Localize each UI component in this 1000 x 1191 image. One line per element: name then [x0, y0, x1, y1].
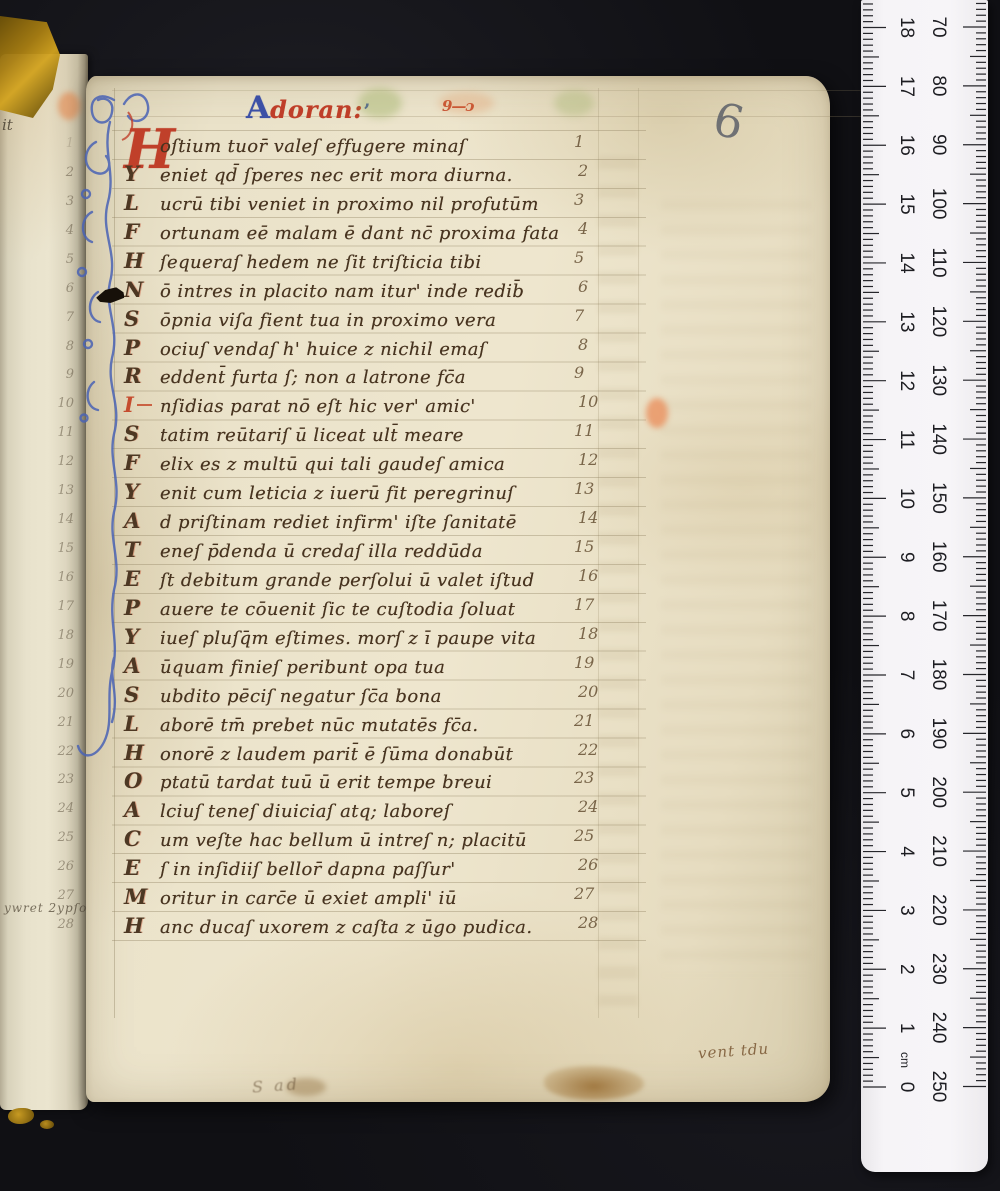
svg-text:190: 190 — [928, 717, 949, 749]
verse-line: Felix es z multū qui tali gaudeſ amica12 — [124, 450, 624, 479]
verse-line: Hoſtium tuor̄ valeſ effugere minaſ1 — [124, 132, 624, 161]
previous-page-number: 1 — [40, 136, 74, 151]
svg-text:160: 160 — [928, 541, 949, 573]
verse-text: d priſtinam rediet infirm' iſte ſanitatē — [160, 512, 517, 533]
verse-line: Alciuſ teneſ diuiciaſ atq; laboreſ24 — [124, 797, 624, 826]
verse-line: Optatū tardat tuū ū erit tempe breui23 — [124, 768, 624, 797]
svg-text:18: 18 — [896, 17, 917, 38]
verse-number: 20 — [574, 682, 622, 701]
svg-text:230: 230 — [928, 953, 949, 985]
verse-initial: P — [124, 595, 160, 620]
previous-page-number: 28 — [40, 917, 74, 932]
verse-initial: C — [124, 826, 160, 851]
verse-text: ptatū tardat tuū ū erit tempe breui — [160, 772, 492, 793]
verse-initial: T — [124, 537, 160, 562]
svg-text:140: 140 — [928, 423, 949, 455]
verse-number: 22 — [574, 740, 622, 759]
verse-line: Yeniet qd̄ ſperes nec erit mora diurna.2 — [124, 161, 624, 190]
verse-number: 12 — [574, 450, 622, 469]
verse-text: ſ in inſidiiſ bellor̄ dapna paſſur' — [160, 859, 456, 880]
measuring-ruler: 1817161514131211109876543210cm7080901001… — [861, 0, 988, 1172]
verse-initial: R — [124, 363, 160, 388]
verse-text: ō intres in placito nam itur' inde redib… — [160, 281, 524, 302]
previous-page-number: 8 — [40, 339, 74, 354]
vertical-ruling — [114, 88, 115, 1018]
verse-line: Pociuſ vendaſ h' huice z nichil emaſ8 — [124, 335, 624, 364]
page-heading: Adoran:’ — [246, 90, 370, 124]
svg-text:7: 7 — [896, 670, 917, 681]
verse-initial: F — [124, 450, 160, 475]
paraph-mark: 9—ɔ — [442, 97, 474, 115]
verse-text: oritur in carc̄e ū exiet ampli' iū — [160, 888, 457, 909]
previous-page-number: 22 — [40, 744, 74, 759]
faded-inscription-bottom-center: S ad — [251, 1074, 300, 1096]
verse-initial: N — [124, 277, 160, 302]
svg-text:0: 0 — [896, 1082, 917, 1093]
verse-text: anc ducaſ uxorem z caſta z ūgo pudica. — [160, 917, 532, 938]
verse-number: 9 — [574, 363, 618, 382]
svg-text:14: 14 — [896, 252, 917, 274]
verse-number: 27 — [574, 884, 618, 903]
verse-line: Sōpnia viſa fient tua in proximo vera7 — [124, 306, 624, 335]
svg-text:2: 2 — [896, 964, 917, 975]
previous-page-number: 5 — [40, 252, 74, 267]
previous-page-number: 7 — [40, 310, 74, 325]
verse-initial: S — [124, 682, 160, 707]
verse-text: elix es z multū qui tali gaudeſ amica — [160, 454, 505, 475]
verse-line: Yiueſ pluſq̄m eſtimes. morſ z ī paupe vi… — [124, 624, 624, 653]
svg-text:13: 13 — [896, 311, 917, 332]
verse-text: enit cum leticia z iuerū fit peregrinuſ — [160, 483, 514, 504]
verse-line: Hſequeraſ hedem ne ſit triſticia tibi5 — [124, 248, 624, 277]
gold-debris — [40, 1120, 54, 1129]
verse-line: Nō intres in placito nam itur' inde redi… — [124, 277, 624, 306]
verse-line: Teneſ p̄denda ū credaſ illa reddūda15 — [124, 537, 624, 566]
previous-page-number: 26 — [40, 859, 74, 874]
svg-text:130: 130 — [928, 364, 949, 396]
verse-text: auere te cōuenit ſic te cuſtodia ſoluat — [160, 599, 515, 620]
previous-page-number: 17 — [40, 599, 74, 614]
svg-text:6: 6 — [896, 729, 917, 740]
svg-text:110: 110 — [928, 247, 949, 277]
verse-line: Subdito pēciſ negatur ſc̄a bona20 — [124, 682, 624, 711]
svg-text:170: 170 — [928, 600, 949, 632]
verse-initial: A — [124, 508, 160, 533]
verse-number: 15 — [574, 537, 618, 556]
verse-number: 25 — [574, 826, 618, 845]
previous-page-number: 16 — [40, 570, 74, 585]
svg-text:16: 16 — [896, 135, 917, 156]
svg-text:220: 220 — [928, 894, 949, 926]
manuscript-page: Adoran:’ 9—ɔ 6 Hoſtium tuor̄ valeſ effug… — [86, 76, 830, 1102]
previous-page-number: 27 — [40, 888, 74, 903]
verse-initial: O — [124, 768, 160, 793]
verse-number: 5 — [574, 248, 618, 267]
previous-page-number: 23 — [40, 772, 74, 787]
verse-line: Yenit cum leticia z iuerū fit peregrinuſ… — [124, 479, 624, 508]
verse-line: Eſt debitum grande perſolui ū valet iſtu… — [124, 566, 624, 595]
previous-page-number: 21 — [40, 715, 74, 730]
svg-text:10: 10 — [896, 488, 917, 509]
verse-text: eniet qd̄ ſperes nec erit mora diurna. — [160, 165, 513, 186]
verse-text: tatim reūtariſ ū liceat ult̄ meare — [160, 425, 464, 446]
previous-page-number: 20 — [40, 686, 74, 701]
verse-initial: L — [124, 711, 160, 736]
heading-title: doran: — [270, 95, 363, 124]
svg-text:cm: cm — [898, 1052, 912, 1068]
svg-text:100: 100 — [928, 188, 949, 220]
svg-text:200: 200 — [928, 776, 949, 808]
previous-page-number: 24 — [40, 801, 74, 816]
verse-initial: E — [124, 566, 160, 591]
verse-line: Fortunam eē malam ē dant nc̄ proxima fat… — [124, 219, 624, 248]
verse-text: iueſ pluſq̄m eſtimes. morſ z ī paupe vit… — [160, 628, 536, 649]
verse-text: ucrū tibi veniet in proximo nil profutūm — [160, 194, 539, 215]
verse-initial: Y — [124, 161, 160, 186]
verse-initial: S — [124, 306, 160, 331]
verse-number: 19 — [574, 653, 618, 672]
verse-number: 16 — [574, 566, 622, 585]
vertical-ruling — [638, 88, 639, 1018]
folio-number: 6 — [708, 91, 749, 150]
previous-page-number: 9 — [40, 367, 74, 382]
previous-page-number: 3 — [40, 194, 74, 209]
verse-line: Ad priſtinam rediet infirm' iſte ſanitat… — [124, 508, 624, 537]
verse-initial: A — [124, 653, 160, 678]
svg-text:70: 70 — [928, 16, 949, 37]
previous-page-number: 18 — [40, 628, 74, 643]
svg-text:8: 8 — [896, 611, 917, 622]
svg-text:12: 12 — [896, 370, 917, 391]
previous-page-number: 14 — [40, 512, 74, 527]
svg-text:180: 180 — [928, 659, 949, 691]
verse-initial: Y — [124, 479, 160, 504]
previous-page-number: 10 — [40, 396, 74, 411]
verse-initial: S — [124, 421, 160, 446]
heading-initial: A — [246, 90, 270, 126]
svg-text:11: 11 — [896, 430, 917, 450]
verse-initial: E — [124, 855, 160, 880]
verse-number: 6 — [574, 277, 622, 296]
verse-text: eneſ p̄denda ū credaſ illa reddūda — [160, 541, 483, 562]
verse-line: Moritur in carc̄e ū exiet ampli' iū27 — [124, 884, 624, 913]
verse-initial: P — [124, 335, 160, 360]
previous-page-number: 6 — [40, 281, 74, 296]
verse-number: 1 — [574, 132, 618, 151]
verse-number: 21 — [574, 711, 618, 730]
previous-page-text-fragment: it — [2, 116, 13, 134]
brown-stain — [544, 1066, 644, 1100]
svg-text:5: 5 — [896, 787, 917, 798]
verse-initial: I — [124, 392, 160, 417]
verse-line: Aūquam finieſ peribunt opa tua19 — [124, 653, 624, 682]
green-smudge — [554, 90, 594, 116]
manuscript-photo: it ywret 2ypſo 1234567891011121314151617… — [0, 0, 1000, 1191]
svg-text:240: 240 — [928, 1012, 949, 1044]
previous-page-number: 4 — [40, 223, 74, 238]
verse-line: Lucrū tibi veniet in proximo nil profutū… — [124, 190, 624, 219]
verse-number: 4 — [574, 219, 622, 238]
verse-text: ūquam finieſ peribunt opa tua — [160, 657, 445, 678]
verse-line: Eſ in inſidiiſ bellor̄ dapna paſſur'26 — [124, 855, 624, 884]
verse-initial: A — [124, 797, 160, 822]
verse-line: Inſidias parat nō eſt hic ver' amic'10 — [124, 392, 624, 421]
verse-text: ōpnia viſa fient tua in proximo vera — [160, 310, 496, 331]
verse-text: um veſte hac bellum ū intreſ n; placitū — [160, 830, 527, 851]
verse-number: 13 — [574, 479, 618, 498]
svg-text:250: 250 — [928, 1071, 949, 1103]
verse-text: ubdito pēciſ negatur ſc̄a bona — [160, 686, 442, 707]
verse-number: 3 — [574, 190, 618, 209]
verse-initial: H — [124, 913, 160, 938]
verse-initial: F — [124, 219, 160, 244]
verse-number: 14 — [574, 508, 622, 527]
verse-number: 26 — [574, 855, 622, 874]
verse-line: Pauere te cōuenit ſic te cuſtodia ſoluat… — [124, 595, 624, 624]
ruled-line — [112, 116, 888, 117]
verse-text: nſidias parat nō eſt hic ver' amic' — [160, 396, 476, 417]
verse-initial: Y — [124, 624, 160, 649]
ruler-scale: 1817161514131211109876543210cm7080901001… — [861, 0, 988, 1172]
faded-inscription-bottom-right: vent tdu — [697, 1040, 769, 1063]
verse-text: aborē tm̄ prebet nūc mutatēs fc̄a. — [160, 715, 478, 736]
svg-text:15: 15 — [896, 194, 917, 215]
previous-page-number: 25 — [40, 830, 74, 845]
verse-line: Honorē z laudem parit̄ ē ſūma donabūt22 — [124, 740, 624, 769]
verse-initial: H — [124, 740, 160, 765]
previous-page-number: 13 — [40, 483, 74, 498]
verse-number: 8 — [574, 335, 622, 354]
svg-text:4: 4 — [896, 846, 917, 857]
previous-page-number: 19 — [40, 657, 74, 672]
verse-text: lciuſ teneſ diuiciaſ atq; laboreſ — [160, 801, 451, 822]
verse-text: onorē z laudem parit̄ ē ſūma donabūt — [160, 744, 513, 765]
verse-line: Reddent̄ furta ſ; non a latrone fc̄a9 — [124, 363, 624, 392]
previous-page-number: 2 — [40, 165, 74, 180]
verse-initial: H — [124, 248, 160, 273]
verse-number: 17 — [574, 595, 618, 614]
verse-line: Statim reūtariſ ū liceat ult̄ meare11 — [124, 421, 624, 450]
verse-number: 18 — [574, 624, 622, 643]
svg-text:90: 90 — [928, 134, 949, 155]
svg-text:1: 1 — [896, 1023, 917, 1034]
verse-initial: M — [124, 884, 160, 909]
verse-text: ſt debitum grande perſolui ū valet iſtud — [160, 570, 535, 591]
orange-stain — [58, 92, 80, 120]
verse-text: ortunam eē malam ē dant nc̄ proxima fata — [160, 223, 559, 244]
svg-text:120: 120 — [928, 305, 949, 337]
verse-initial: L — [124, 190, 160, 215]
ink-showthrough — [661, 196, 811, 976]
verse-text: ſequeraſ hedem ne ſit triſticia tibi — [160, 252, 482, 273]
previous-page-number: 15 — [40, 541, 74, 556]
svg-text:150: 150 — [928, 482, 949, 514]
verse-number: 23 — [574, 768, 618, 787]
verse-text: ociuſ vendaſ h' huice z nichil emaſ — [160, 339, 486, 360]
verse-line: Hanc ducaſ uxorem z caſta z ūgo pudica.2… — [124, 913, 624, 942]
svg-text:9: 9 — [896, 552, 917, 563]
previous-page-number: 12 — [40, 454, 74, 469]
svg-text:17: 17 — [896, 76, 917, 97]
verse-number: 24 — [574, 797, 622, 816]
verse-number: 28 — [574, 913, 622, 932]
verse-number: 7 — [574, 306, 618, 325]
gold-debris — [8, 1108, 34, 1124]
verse-number: 10 — [574, 392, 622, 411]
heading-flourish: ’ — [363, 99, 370, 123]
verse-line: Cum veſte hac bellum ū intreſ n; placitū… — [124, 826, 624, 855]
verse-text: oſtium tuor̄ valeſ effugere minaſ — [160, 136, 466, 157]
svg-text:3: 3 — [896, 905, 917, 916]
verse-text: eddent̄ furta ſ; non a latrone fc̄a — [160, 367, 466, 388]
svg-text:210: 210 — [928, 835, 949, 867]
verse-number: 11 — [574, 421, 618, 440]
svg-text:80: 80 — [928, 75, 949, 96]
verse-line: Laborē tm̄ prebet nūc mutatēs fc̄a.21 — [124, 711, 624, 740]
verse-number: 2 — [574, 161, 622, 180]
ruled-line — [112, 90, 888, 91]
previous-page-number: 11 — [40, 425, 74, 440]
